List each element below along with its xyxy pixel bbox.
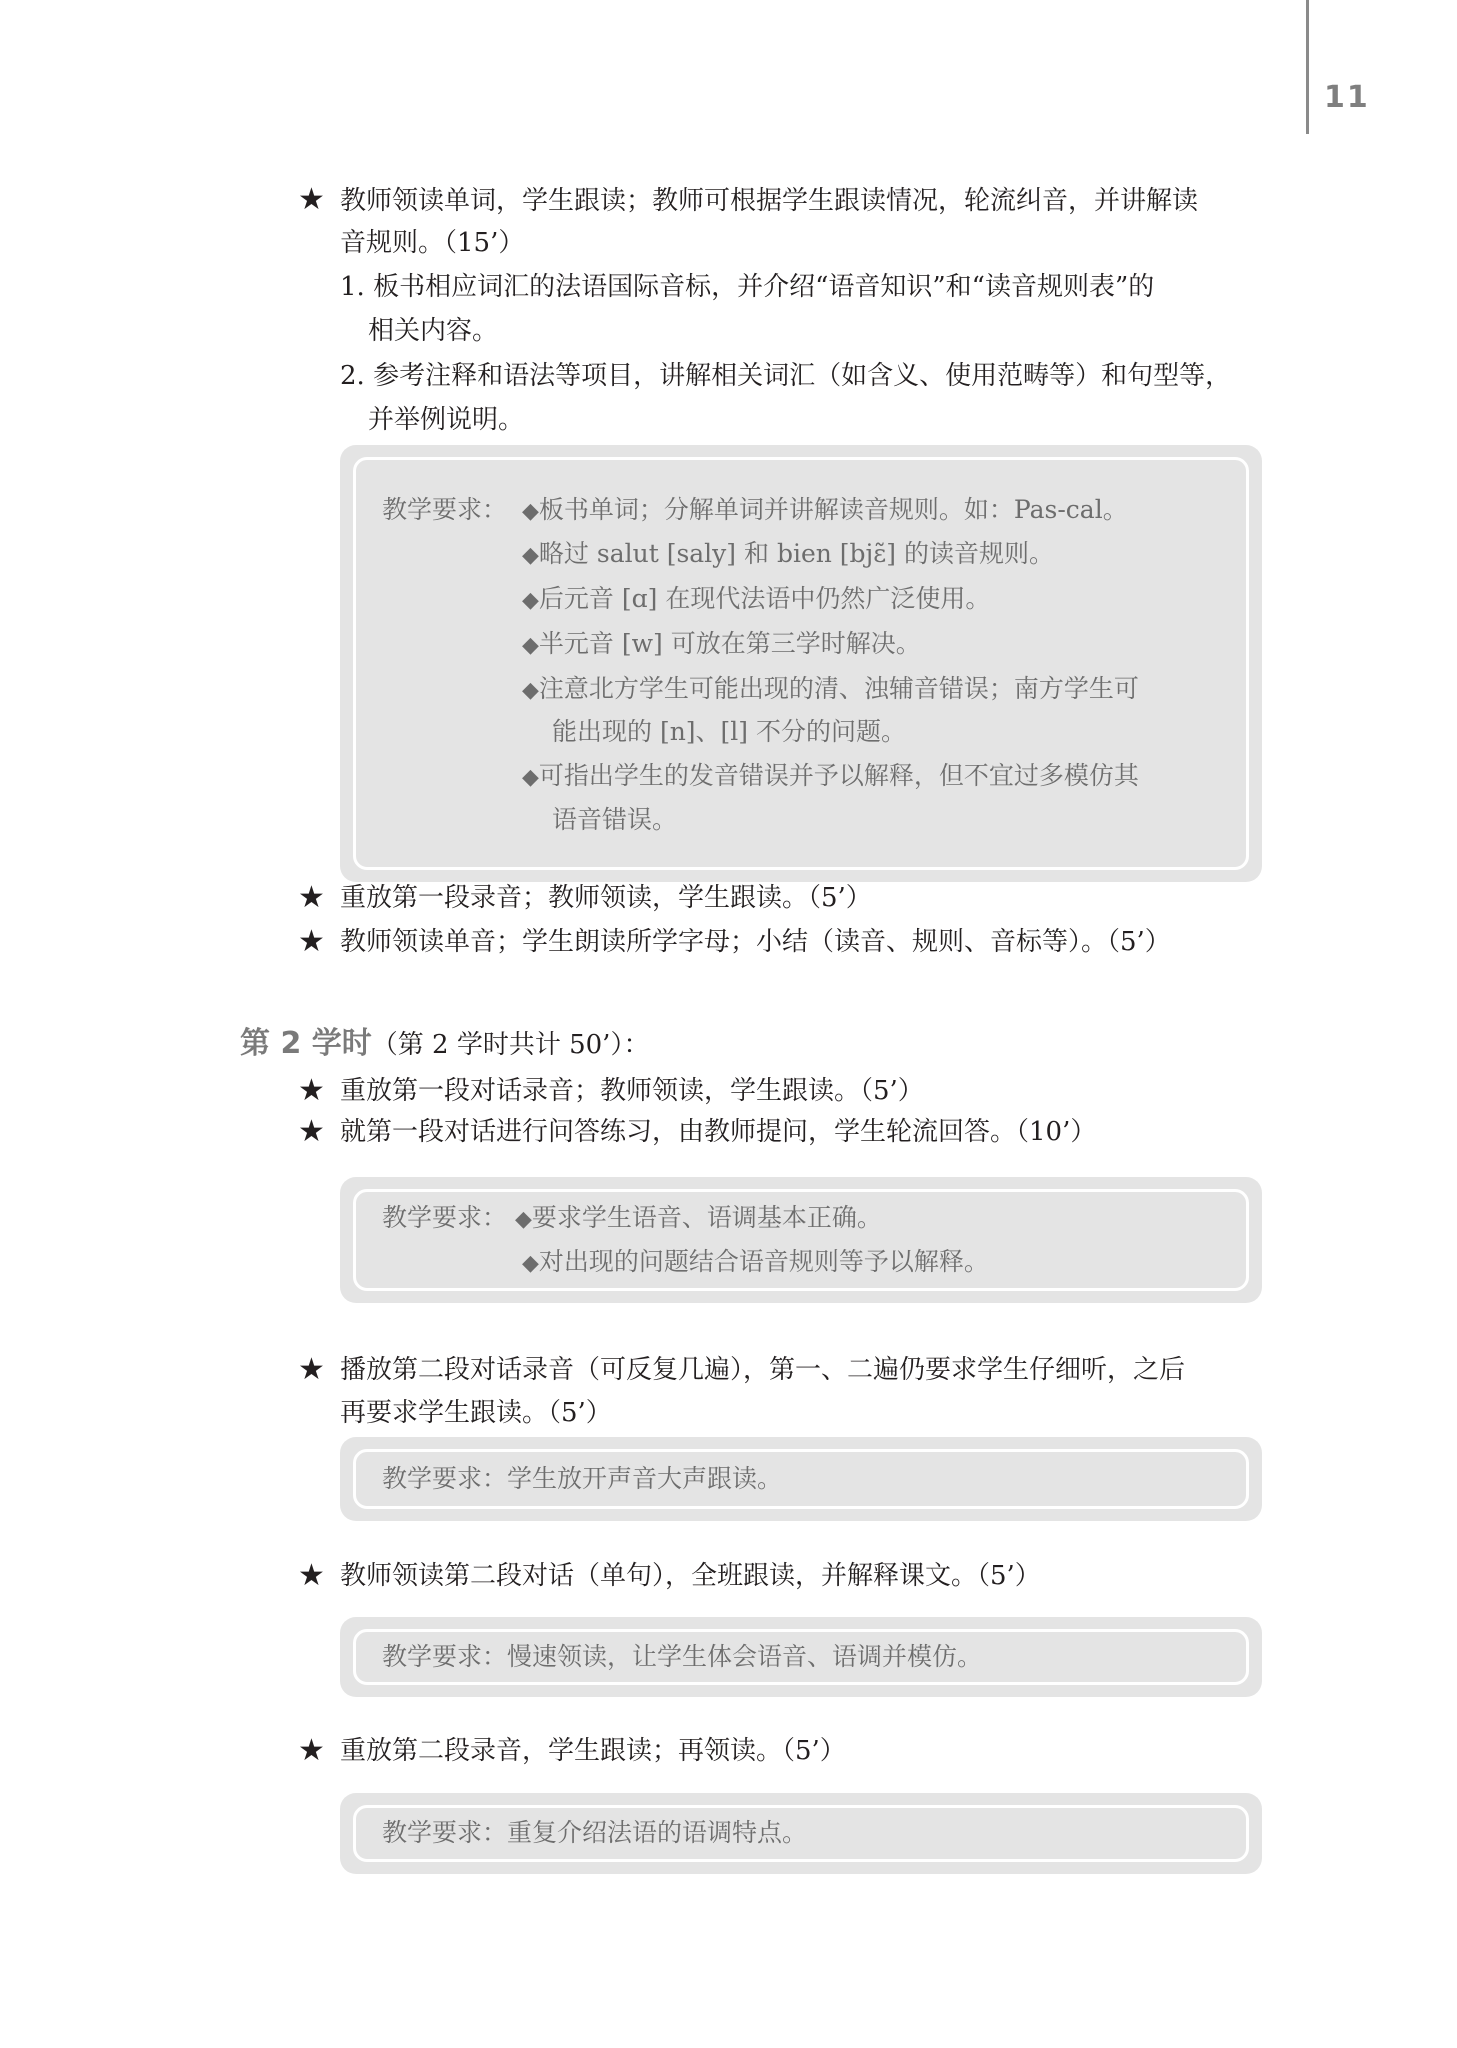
requirement-point: ◆要求学生语音、语调基本正确。 — [515, 1203, 882, 1235]
section-heading-title: 第 2 学时 — [240, 1026, 372, 1061]
list-item-text: 再要求学生跟读。（5’） — [340, 1398, 612, 1428]
list-item-text: 重放第二段录音，学生跟读；再领读。（5’） — [340, 1736, 846, 1766]
requirement-text: 教学要求：学生放开声音大声跟读。 — [382, 1464, 782, 1494]
diamond-bullet-icon: ◆ — [522, 588, 539, 613]
requirement-point-continuation: 语音错误。 — [552, 805, 677, 835]
requirement-point: ◆注意北方学生可能出现的清、浊辅音错误；南方学生可 — [522, 674, 1139, 706]
requirement-point: ◆板书单词；分解单词并讲解读音规则。如：Pas-cal。 — [522, 495, 1128, 527]
diamond-bullet-icon: ◆ — [522, 678, 539, 703]
star-bullet-icon: ★ — [298, 927, 325, 957]
list-item-text: 播放第二段对话录音（可反复几遍），第一、二遍仍要求学生仔细听，之后 — [340, 1355, 1185, 1385]
teaching-requirement-box: 教学要求：学生放开声音大声跟读。 — [340, 1437, 1262, 1521]
diamond-bullet-icon: ◆ — [522, 499, 539, 524]
list-item-text: 重放第一段对话录音；教师领读，学生跟读。（5’） — [340, 1076, 924, 1106]
list-item-text: 音规则。（15’） — [340, 228, 524, 258]
margin-rule — [1306, 0, 1309, 134]
list-item-text: 教师领读单音；学生朗读所学字母；小结（读音、规则、音标等）。（5’） — [340, 927, 1171, 957]
diamond-bullet-icon: ◆ — [522, 765, 539, 790]
star-bullet-icon: ★ — [298, 1736, 325, 1766]
page-number: 11 — [1324, 80, 1370, 115]
list-item-text: 重放第一段录音；教师领读，学生跟读。（5’） — [340, 883, 872, 913]
diamond-bullet-icon: ◆ — [522, 633, 539, 658]
section-heading-note: （第 2 学时共计 50’）： — [372, 1030, 650, 1060]
teaching-requirement-box: 教学要求：慢速领读，让学生体会语音、语调并模仿。 — [340, 1617, 1262, 1697]
list-item-text: 就第一段对话进行问答练习，由教师提问，学生轮流回答。（10’） — [340, 1117, 1096, 1147]
star-bullet-icon: ★ — [298, 1117, 325, 1147]
teaching-requirement-box: 教学要求：重复介绍法语的语调特点。 — [340, 1793, 1262, 1874]
requirement-point: ◆后元音 [ɑ] 在现代法语中仍然广泛使用。 — [522, 584, 990, 616]
section-heading: 第 2 学时（第 2 学时共计 50’）： — [240, 1018, 649, 1062]
list-item-text: 教师领读第二段对话（单句），全班跟读，并解释课文。（5’） — [340, 1561, 1041, 1591]
list-item-text: 教师领读单词，学生跟读；教师可根据学生跟读情况，轮流纠音，并讲解读 — [340, 186, 1198, 216]
teaching-requirement-box: 教学要求： ◆板书单词；分解单词并讲解读音规则。如：Pas-cal。 ◆略过 s… — [340, 445, 1262, 882]
diamond-bullet-icon: ◆ — [522, 1251, 539, 1276]
sub-item-text: 1. 板书相应词汇的法语国际音标，并介绍“语音知识”和“读音规则表”的 — [340, 272, 1154, 302]
requirement-point-continuation: 能出现的 [n]、[l] 不分的问题。 — [552, 717, 906, 747]
teaching-requirement-box: 教学要求： ◆要求学生语音、语调基本正确。 ◆对出现的问题结合语音规则等予以解释… — [340, 1177, 1262, 1303]
requirement-point: ◆略过 salut [saly] 和 bien [bjɛ̃] 的读音规则。 — [522, 539, 1054, 571]
sub-item-text: 2. 参考注释和语法等项目，讲解相关词汇（如含义、使用范畴等）和句型等， — [340, 361, 1231, 391]
requirement-label: 教学要求： — [382, 1203, 507, 1233]
diamond-bullet-icon: ◆ — [515, 1207, 532, 1232]
diamond-bullet-icon: ◆ — [522, 543, 539, 568]
requirement-point: ◆可指出学生的发音错误并予以解释，但不宜过多模仿其 — [522, 761, 1139, 793]
star-bullet-icon: ★ — [298, 883, 325, 913]
requirement-point: ◆对出现的问题结合语音规则等予以解释。 — [522, 1247, 989, 1279]
star-bullet-icon: ★ — [298, 1076, 325, 1106]
sub-item-text: 相关内容。 — [368, 316, 498, 346]
star-bullet-icon: ★ — [298, 1355, 325, 1385]
requirement-text: 教学要求：慢速领读，让学生体会语音、语调并模仿。 — [382, 1642, 982, 1672]
requirement-label: 教学要求： — [382, 495, 507, 525]
requirement-text: 教学要求：重复介绍法语的语调特点。 — [382, 1818, 807, 1848]
requirement-point: ◆半元音 [w] 可放在第三学时解决。 — [522, 629, 921, 661]
sub-item-text: 并举例说明。 — [368, 405, 524, 435]
star-bullet-icon: ★ — [298, 185, 325, 215]
star-bullet-icon: ★ — [298, 1561, 325, 1591]
